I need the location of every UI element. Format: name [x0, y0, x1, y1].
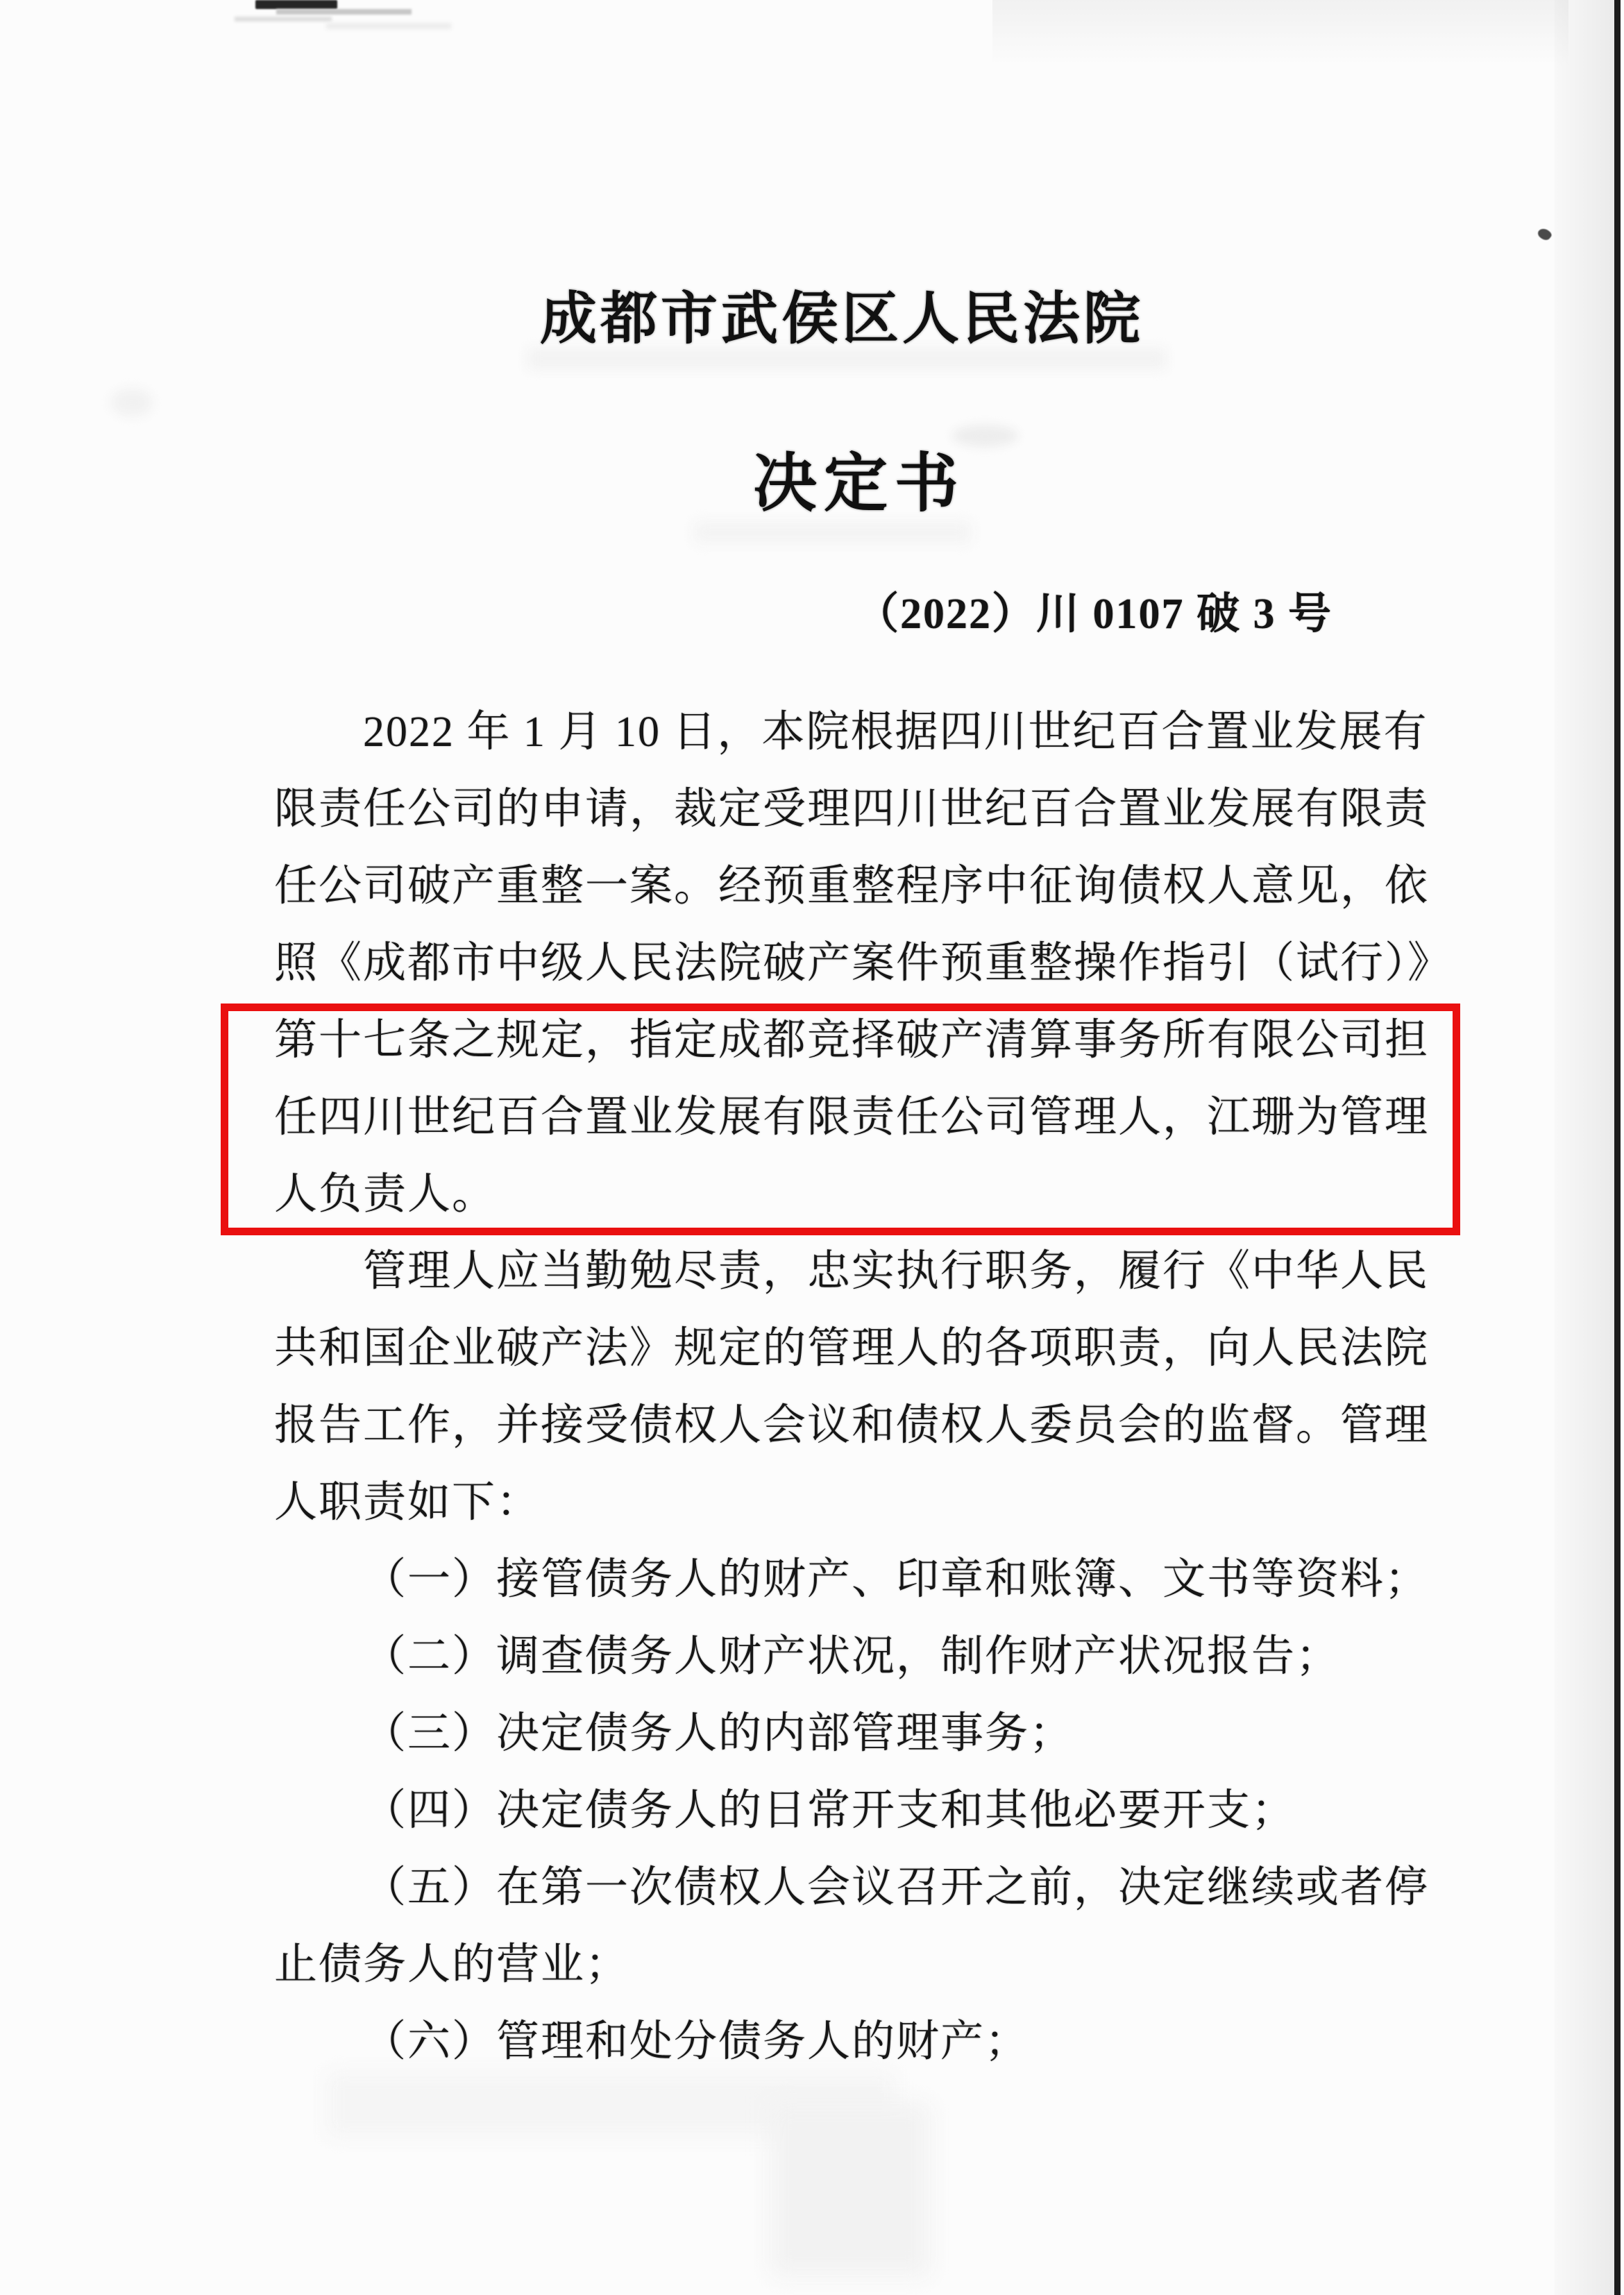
doc-line: （六）管理和处分债务人的财产；: [274, 2004, 1423, 2081]
scan-wash-bottom-1: [326, 2072, 895, 2137]
scan-blob-2: [111, 389, 153, 416]
document-body: 2022 年 1 月 10 日，本院根据四川世纪百合置业发展有 限责任公司的申请…: [274, 694, 1423, 2081]
doc-line: （二）调查债务人财产状况，制作财产状况报告；: [274, 1618, 1423, 1695]
doc-line: 报告工作，并接受债权人会议和债权人委员会的监督。管理: [274, 1387, 1423, 1464]
doc-line: 任公司破产重整一案。经预重整程序中征询债权人意见，依: [274, 848, 1423, 925]
court-name-title: 成都市武侯区人民法院: [0, 281, 1624, 357]
doc-line: （一）接管债务人的财产、印章和账簿、文书等资料；: [274, 1541, 1423, 1618]
case-number: （2022）川 0107 破 3 号: [856, 586, 1333, 642]
scan-wash-bottom-2: [770, 2103, 930, 2276]
doc-line: （五）在第一次债权人会议召开之前，决定继续或者停: [274, 1849, 1423, 1926]
doc-line: （三）决定债务人的内部管理事务；: [274, 1695, 1423, 1772]
scan-wash-under-doc-type: [694, 522, 972, 543]
doc-line: （四）决定债务人的日常开支和其他必要开支；: [274, 1772, 1423, 1849]
scan-wash-top-right: [992, 0, 1568, 66]
highlight-annotation-box: [221, 1003, 1460, 1235]
doc-line: 2022 年 1 月 10 日，本院根据四川世纪百合置业发展有: [274, 694, 1423, 771]
scan-smudge-top-gray-3: [326, 23, 451, 29]
document-type-title: 决定书: [0, 444, 1624, 524]
scan-smudge-top-gray-2: [235, 17, 332, 22]
doc-line: 照《成都市中级人民法院破产案件预重整操作指引（试行）》: [274, 925, 1423, 1002]
doc-line: 管理人应当勤勉尽责，忠实执行职务，履行《中华人民: [274, 1233, 1423, 1310]
doc-line: 人职责如下：: [274, 1464, 1423, 1541]
scan-smudge-top-gray-1: [276, 9, 412, 15]
scan-tick-mark: [1536, 226, 1553, 243]
doc-line: 限责任公司的申请，裁定受理四川世纪百合置业发展有限责: [274, 771, 1423, 848]
scan-smudge-top-dark: [255, 0, 337, 9]
scanned-court-decision-page: 成都市武侯区人民法院 决定书 （2022）川 0107 破 3 号 2022 年…: [0, 0, 1624, 2295]
doc-line: 共和国企业破产法》规定的管理人的各项职责，向人民法院: [274, 1310, 1423, 1387]
doc-line: 止债务人的营业；: [274, 1926, 1423, 2004]
